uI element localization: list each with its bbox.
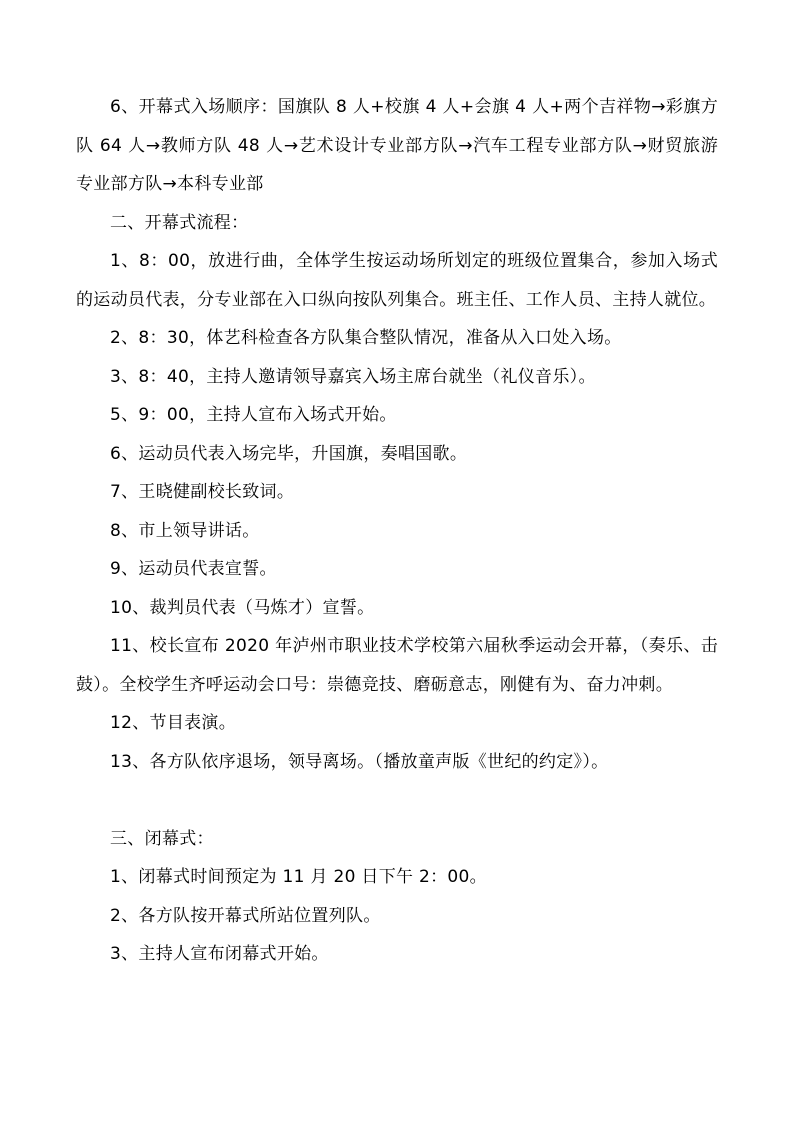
entrance-order-paragraph: 6、开幕式入场顺序：国旗队 8 人+校旗 4 人+会旗 4 人+两个吉祥物→彩旗… (76, 88, 718, 204)
opening-step-13: 13、各方队依序退场，领导离场。（播放童声版《世纪的约定》）。 (76, 743, 718, 782)
section-heading-closing-ceremony: 三、闭幕式： (76, 820, 718, 859)
closing-step-3: 3、主持人宣布闭幕式开始。 (76, 935, 718, 974)
section-heading-opening-ceremony: 二、开幕式流程： (76, 204, 718, 243)
opening-step-6: 6、运动员代表入场完毕，升国旗，奏唱国歌。 (76, 435, 718, 474)
blank-line (76, 781, 718, 820)
opening-step-10: 10、裁判员代表（马炼才）宣誓。 (76, 589, 718, 628)
opening-step-9: 9、运动员代表宣誓。 (76, 550, 718, 589)
opening-step-3: 3、8：40，主持人邀请领导嘉宾入场主席台就坐（礼仪音乐）。 (76, 358, 718, 397)
closing-step-1: 1、闭幕式时间预定为 11 月 20 日下午 2：00。 (76, 858, 718, 897)
opening-step-7: 7、王晓健副校长致词。 (76, 473, 718, 512)
opening-step-1: 1、8：00，放进行曲，全体学生按运动场所划定的班级位置集合，参加入场式的运动员… (76, 242, 718, 319)
opening-step-5: 5、9：00，主持人宣布入场式开始。 (76, 396, 718, 435)
opening-step-8: 8、市上领导讲话。 (76, 512, 718, 551)
opening-step-2: 2、8：30，体艺科检查各方队集合整队情况，准备从入口处入场。 (76, 319, 718, 358)
document-page: 6、开幕式入场顺序：国旗队 8 人+校旗 4 人+会旗 4 人+两个吉祥物→彩旗… (76, 88, 718, 974)
closing-step-2: 2、各方队按开幕式所站位置列队。 (76, 897, 718, 936)
opening-step-11: 11、校长宣布 2020 年泸州市职业技术学校第六届秋季运动会开幕，（奏乐、击鼓… (76, 627, 718, 704)
opening-step-12: 12、节目表演。 (76, 704, 718, 743)
